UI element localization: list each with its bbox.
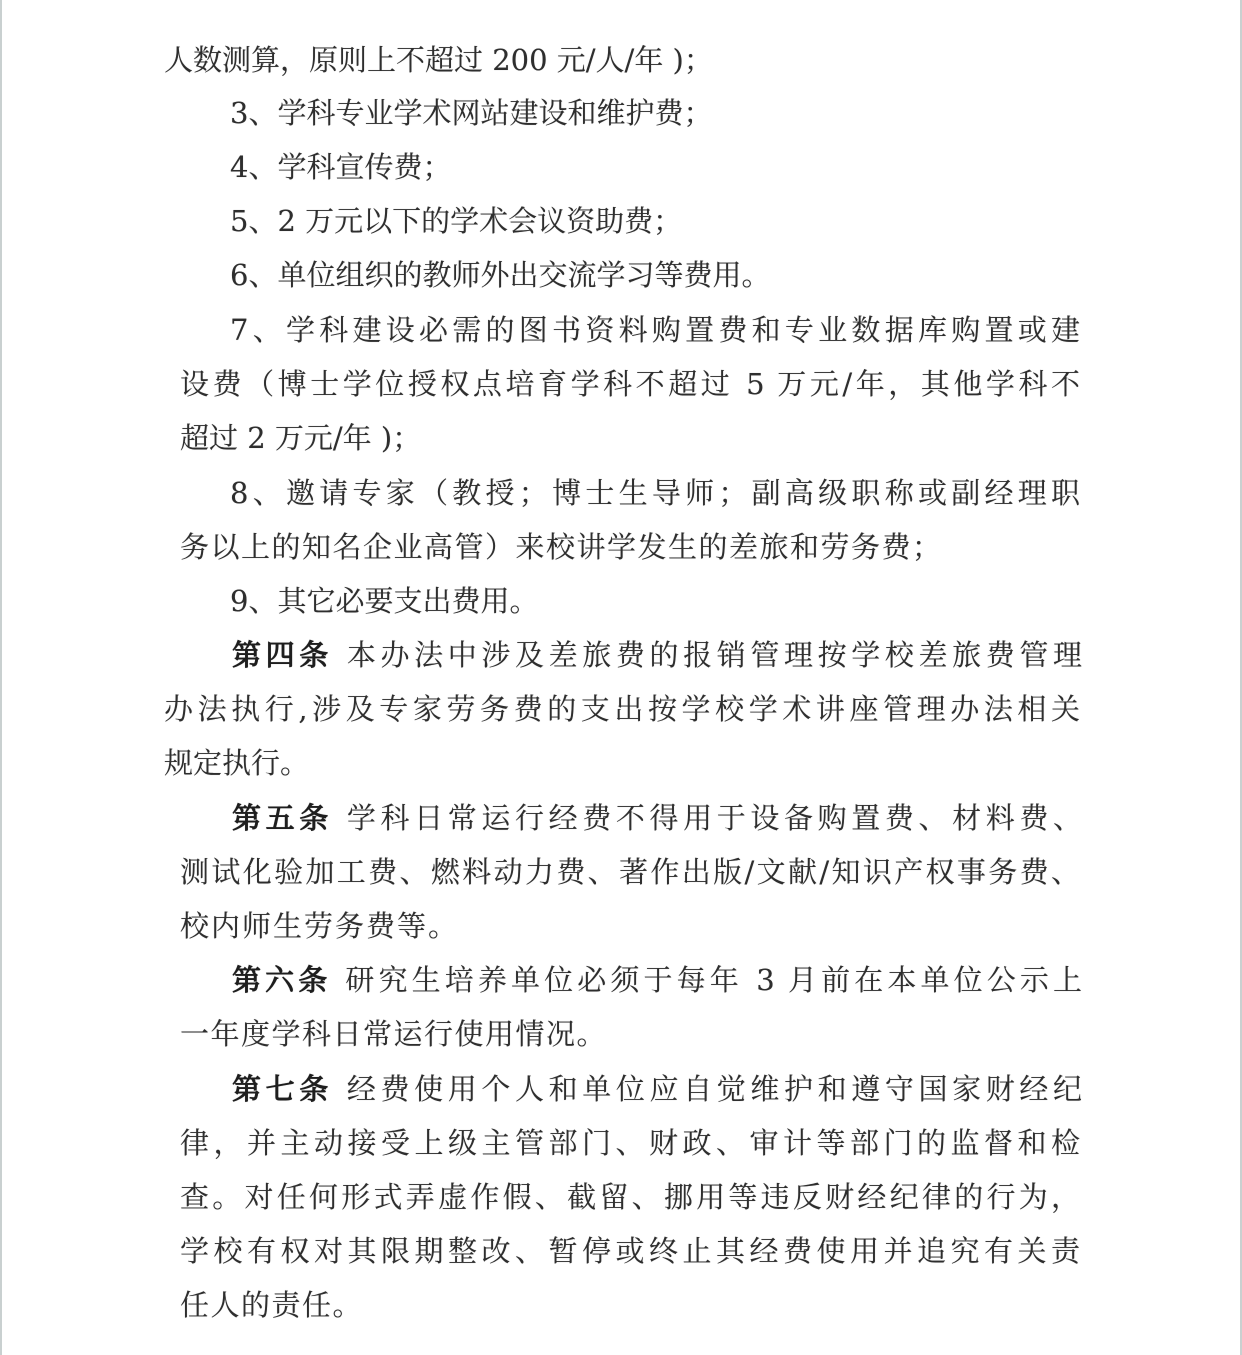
article-6: 第六条研究生培养单位必须于每年 3 月前在本单位公示上	[232, 960, 1082, 1000]
article-4-continuation: 规定执行。	[164, 743, 309, 783]
list-item-8-continuation: 务以上的知名企业高管）来校讲学发生的差旅和劳务费；	[180, 527, 943, 567]
list-item-7-continuation: 超过 2 万元/年 )；	[180, 418, 421, 458]
line-text: 人数测算，原则上不超过 200 元/人/年 )；	[164, 43, 713, 77]
article-7-continuation: 查。对任何形式弄虚作假、截留、挪用等违反财经纪律的行为，	[180, 1177, 1080, 1217]
line-text: 设费（博士学位授权点培育学科不超过 5 万元/年，其他学科不	[180, 367, 1080, 401]
article-label: 第四条	[232, 638, 333, 672]
list-item-8: 8、邀请专家（教授；博士生导师；副高级职称或副经理职	[230, 473, 1080, 513]
line-text: 办法执行,涉及专家劳务费的支出按学校学术讲座管理办法相关	[164, 692, 1080, 726]
line-text: 8、邀请专家（教授；博士生导师；副高级职称或副经理职	[230, 476, 1080, 510]
list-item-9: 9、其它必要支出费用。	[230, 581, 538, 621]
article-4: 第四条本办法中涉及差旅费的报销管理按学校差旅费管理	[232, 635, 1082, 675]
article-7-continuation: 任人的责任。	[180, 1285, 363, 1325]
article-6-continuation: 一年度学科日常运行使用情况。	[180, 1014, 607, 1054]
line-text: 校内师生劳务费等。	[180, 909, 459, 943]
article-label: 第五条	[232, 801, 333, 835]
line-text: 本办法中涉及差旅费的报销管理按学校差旅费管理	[347, 638, 1082, 672]
line-text: 学科日常运行经费不得用于设备购置费、材料费、	[347, 801, 1082, 835]
article-7-continuation: 学校有权对其限期整改、暂停或终止其经费使用并追究有关责	[180, 1231, 1080, 1271]
document-page: 人数测算，原则上不超过 200 元/人/年 )； 3、学科专业学术网站建设和维护…	[0, 0, 1242, 1355]
line-text: 6、单位组织的教师外出交流学习等费用。	[230, 258, 770, 292]
article-5: 第五条学科日常运行经费不得用于设备购置费、材料费、	[232, 798, 1082, 838]
list-item-5: 5、2 万元以下的学术会议资助费；	[230, 201, 682, 241]
list-item-6: 6、单位组织的教师外出交流学习等费用。	[230, 255, 770, 295]
article-label: 第七条	[232, 1072, 333, 1106]
line-text: 研究生培养单位必须于每年 3 月前在本单位公示上	[345, 963, 1082, 997]
list-item-7-continuation: 设费（博士学位授权点培育学科不超过 5 万元/年，其他学科不	[180, 364, 1080, 404]
line-text: 学校有权对其限期整改、暂停或终止其经费使用并追究有关责	[180, 1234, 1080, 1268]
line-text: 任人的责任。	[180, 1288, 363, 1322]
line-text: 3、学科专业学术网站建设和维护费；	[230, 96, 712, 130]
line-text: 查。对任何形式弄虚作假、截留、挪用等违反财经纪律的行为，	[180, 1180, 1080, 1214]
line-text: 务以上的知名企业高管）来校讲学发生的差旅和劳务费；	[180, 530, 943, 564]
line-text: 测试化验加工费、燃料动力费、著作出版/文献/知识产权事务费、	[180, 855, 1080, 889]
article-label: 第六条	[232, 963, 331, 997]
line-text: 7、学科建设必需的图书资料购置费和专业数据库购置或建	[230, 313, 1080, 347]
article-5-continuation: 测试化验加工费、燃料动力费、著作出版/文献/知识产权事务费、	[180, 852, 1080, 892]
line-text: 9、其它必要支出费用。	[230, 584, 538, 618]
article-5-continuation: 校内师生劳务费等。	[180, 906, 459, 946]
article-7: 第七条经费使用个人和单位应自觉维护和遵守国家财经纪	[232, 1069, 1082, 1109]
line-text: 一年度学科日常运行使用情况。	[180, 1017, 607, 1051]
line-text: 规定执行。	[164, 746, 309, 780]
text-line-continuation: 人数测算，原则上不超过 200 元/人/年 )；	[164, 40, 713, 80]
line-text: 超过 2 万元/年 )；	[180, 421, 421, 455]
list-item-4: 4、学科宣传费；	[230, 147, 451, 187]
article-4-continuation: 办法执行,涉及专家劳务费的支出按学校学术讲座管理办法相关	[164, 689, 1080, 729]
line-text: 4、学科宣传费；	[230, 150, 451, 184]
list-item-3: 3、学科专业学术网站建设和维护费；	[230, 93, 712, 133]
article-7-continuation: 律，并主动接受上级主管部门、财政、审计等部门的监督和检	[180, 1123, 1080, 1163]
line-text: 律，并主动接受上级主管部门、财政、审计等部门的监督和检	[180, 1126, 1080, 1160]
line-text: 5、2 万元以下的学术会议资助费；	[230, 204, 682, 238]
line-text: 经费使用个人和单位应自觉维护和遵守国家财经纪	[347, 1072, 1082, 1106]
list-item-7: 7、学科建设必需的图书资料购置费和专业数据库购置或建	[230, 310, 1080, 350]
